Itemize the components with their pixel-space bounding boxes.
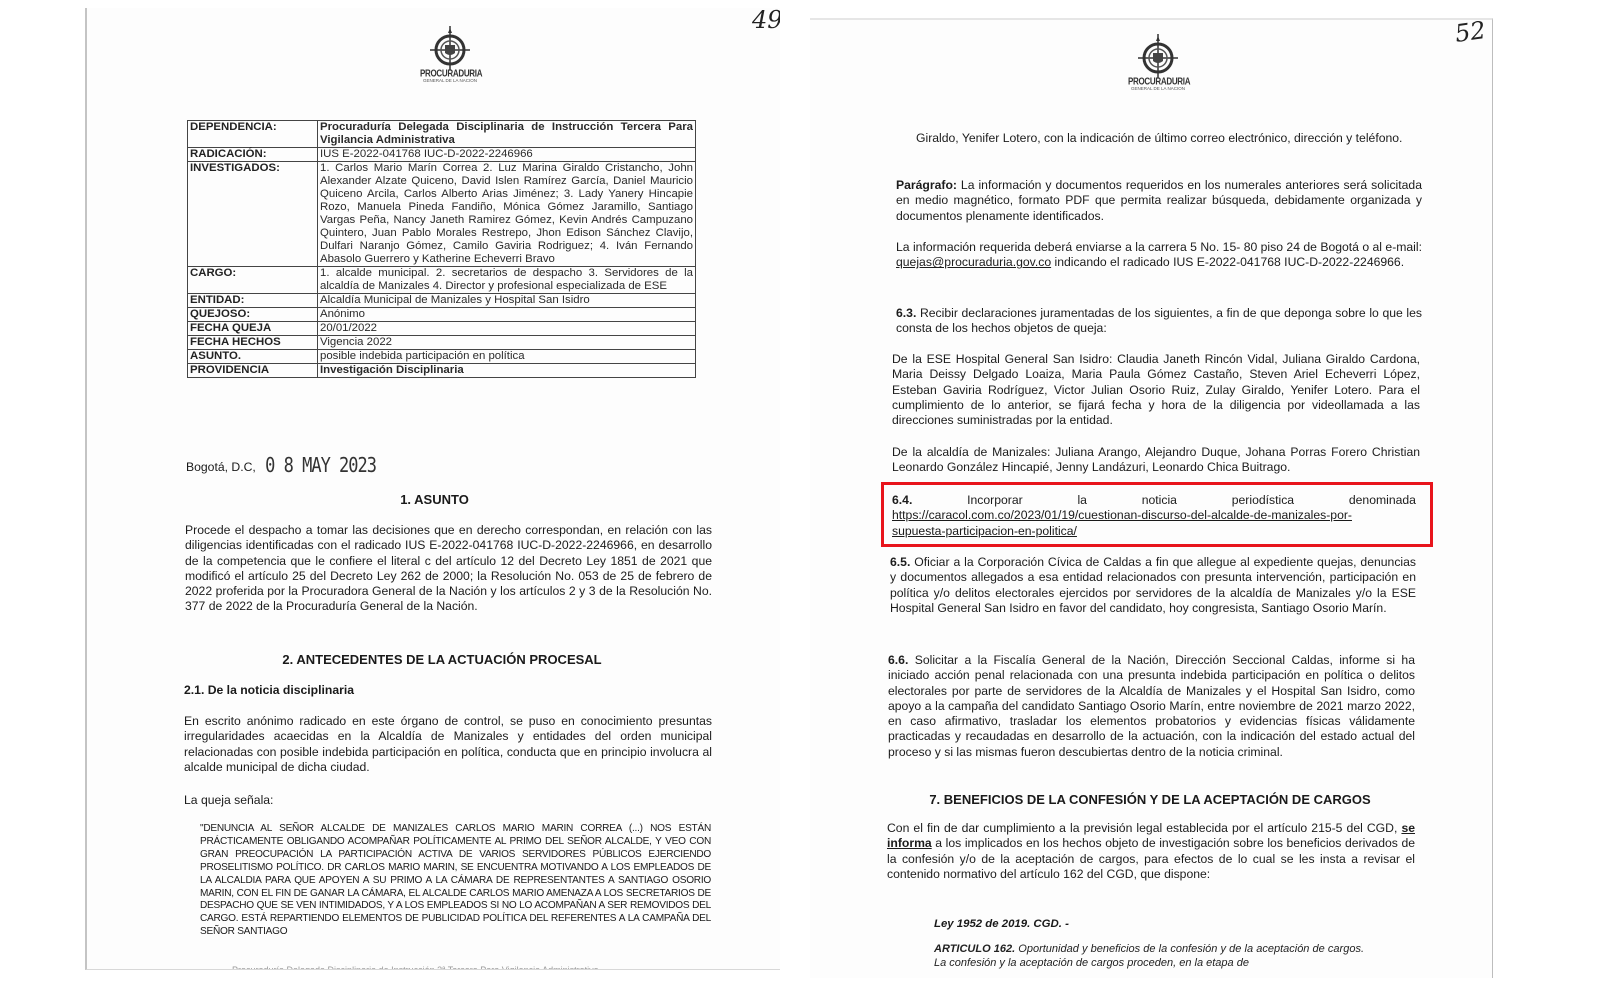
date-stamp: 0 8 MAY 2023: [265, 454, 376, 478]
table-value: Procuraduría Delegada Disciplinaria de I…: [318, 121, 696, 148]
procuraduria-logo: PROCURADURIA GENERAL DE LA NACION: [1128, 34, 1188, 100]
news-url-line-2[interactable]: supuesta-participacion-en-politica/: [892, 524, 1077, 538]
table-value: 1. Carlos Mario Marín Correa 2. Luz Mari…: [318, 162, 696, 267]
table-key: INVESTIGADOS:: [188, 162, 318, 267]
table-row: QUEJOSO:Anónimo: [188, 308, 696, 322]
table-key: PROVIDENCIA: [188, 364, 318, 378]
word: la: [1077, 493, 1087, 508]
alcaldia-witnesses: De la alcaldía de Manizales: Juliana Ara…: [892, 445, 1420, 476]
table-row: INVESTIGADOS:1. Carlos Mario Marín Corre…: [188, 162, 696, 267]
document-page-left: 49 PROCURADURIA GENERAL DE LA NACION DEP…: [85, 8, 780, 970]
law-title: Ley 1952 de 2019. CGD. -: [934, 918, 1069, 930]
case-metadata-table: DEPENDENCIA:Procuraduría Delegada Discip…: [187, 120, 696, 378]
document-page-right: 52 PROCURADURIA GENERAL DE LA NACION Gir…: [810, 18, 1493, 978]
table-row: FECHA QUEJA20/01/2022: [188, 322, 696, 336]
date-line: Bogotá, D.C, 0 8 MAY 2023: [186, 456, 376, 476]
table-key: QUEJOSO:: [188, 308, 318, 322]
logo-name: PROCURADURIA: [420, 69, 480, 79]
word: noticia: [1142, 493, 1177, 508]
table-value: IUS E-2022-041768 IUC-D-2022-2246966: [318, 148, 696, 162]
section-7-title: 7. BENEFICIOS DE LA CONFESIÓN Y DE LA AC…: [880, 792, 1420, 807]
hospital-witnesses: De la ESE Hospital General San Isidro: C…: [892, 352, 1420, 428]
section-2-1-body: En escrito anónimo radicado en este órga…: [184, 714, 712, 775]
section-2-title: 2. ANTECEDENTES DE LA ACTUACIÓN PROCESAL: [187, 652, 697, 667]
table-value: 20/01/2022: [318, 322, 696, 336]
complaint-quote: "DENUNCIA AL SEÑOR ALCALDE DE MANIZALES …: [200, 823, 711, 939]
table-key: FECHA QUEJA: [188, 322, 318, 336]
page-footer: Procuraduría Delegada Disciplinaria de I…: [232, 965, 599, 970]
section-7-body: Con el fin de dar cumplimiento a la prev…: [887, 821, 1415, 882]
item-6-5-body: Oficiar a la Corporación Cívica de Calda…: [890, 555, 1416, 615]
procuraduria-logo: PROCURADURIA GENERAL DE LA NACION: [420, 26, 480, 92]
table-key: ASUNTO.: [188, 350, 318, 364]
section-7-text-b: a los implicados en los hechos objeto de…: [887, 836, 1415, 881]
item-6-4-line1: 6.4. Incorporar la noticia periodística …: [892, 493, 1416, 508]
item-6-4: 6.4. Incorporar la noticia periodística …: [892, 493, 1416, 539]
table-value: 1. alcalde municipal. 2. secretarios de …: [318, 267, 696, 294]
table-row: CARGO:1. alcalde municipal. 2. secretari…: [188, 267, 696, 294]
continuation-text: Giraldo, Yenifer Lotero, con la indicaci…: [916, 131, 1422, 146]
logo-name: PROCURADURIA: [1128, 77, 1188, 87]
table-key: RADICACIÓN:: [188, 148, 318, 162]
news-article-link[interactable]: https://caracol.com.co/2023/01/19/cuesti…: [892, 508, 1416, 539]
item-6-6-number: 6.6.: [888, 653, 908, 667]
word: denominada: [1349, 493, 1416, 508]
item-6-3-body: Recibir declaraciones juramentadas de lo…: [896, 306, 1422, 335]
item-6-3: 6.3. Recibir declaraciones juramentadas …: [896, 306, 1422, 337]
address-text: La información requerida deberá enviarse…: [896, 240, 1422, 254]
item-6-4-number: 6.4.: [892, 493, 912, 508]
radicado-text: indicando el radicado IUS E-2022-041768 …: [1051, 255, 1404, 269]
paragrafo: Parágrafo: La información y documentos r…: [896, 178, 1422, 224]
item-6-5-number: 6.5.: [890, 555, 910, 569]
handwritten-folio-number: 52: [1453, 18, 1487, 48]
table-value: posible indebida participación en políti…: [318, 350, 696, 364]
table-value: Anónimo: [318, 308, 696, 322]
table-row: ASUNTO.posible indebida participación en…: [188, 350, 696, 364]
handwritten-folio-number: 49: [752, 8, 780, 34]
table-value: Investigación Disciplinaria: [318, 364, 696, 378]
table-value: Alcaldía Municipal de Manizales y Hospit…: [318, 294, 696, 308]
word: Incorporar: [967, 493, 1023, 508]
coat-of-arms-icon: [1136, 34, 1180, 78]
coat-of-arms-icon: [428, 26, 472, 70]
item-6-3-number: 6.3.: [896, 306, 916, 320]
section-7-text-a: Con el fin de dar cumplimiento a la prev…: [887, 821, 1401, 835]
section-2-1-title: 2.1. De la noticia disciplinaria: [184, 683, 354, 697]
table-key: DEPENDENCIA:: [188, 121, 318, 148]
email-link[interactable]: quejas@procuraduria.gov.co: [896, 255, 1051, 269]
item-6-6: 6.6. Solicitar a la Fiscalía General de …: [888, 653, 1415, 760]
item-6-5: 6.5. Oficiar a la Corporación Cívica de …: [890, 555, 1416, 616]
complaint-label: La queja señala:: [184, 793, 273, 808]
table-row: FECHA HECHOSVigencia 2022: [188, 336, 696, 350]
table-row: ENTIDAD:Alcaldía Municipal de Manizales …: [188, 294, 696, 308]
table-row: PROVIDENCIAInvestigación Disciplinaria: [188, 364, 696, 378]
section-1-body: Procede el despacho a tomar las decision…: [185, 523, 712, 615]
table-row: RADICACIÓN:IUS E-2022-041768 IUC-D-2022-…: [188, 148, 696, 162]
table-key: CARGO:: [188, 267, 318, 294]
word: periodística: [1232, 493, 1294, 508]
paragrafo-label: Parágrafo:: [896, 178, 957, 192]
article-162: ARTICULO 162. Oportunidad y beneficios d…: [934, 942, 1364, 970]
delivery-instructions: La información requerida deberá enviarse…: [896, 240, 1422, 271]
paragrafo-body: La información y documentos requeridos e…: [896, 178, 1422, 223]
news-url-line-1[interactable]: https://caracol.com.co/2023/01/19/cuesti…: [892, 508, 1352, 522]
article-label: ARTICULO 162.: [934, 943, 1015, 955]
section-1-title: 1. ASUNTO: [87, 492, 780, 507]
table-row: DEPENDENCIA:Procuraduría Delegada Discip…: [188, 121, 696, 148]
table-key: FECHA HECHOS: [188, 336, 318, 350]
table-value: Vigencia 2022: [318, 336, 696, 350]
table-key: ENTIDAD:: [188, 294, 318, 308]
item-6-6-body: Solicitar a la Fiscalía General de la Na…: [888, 653, 1415, 759]
date-location: Bogotá, D.C,: [186, 460, 256, 474]
